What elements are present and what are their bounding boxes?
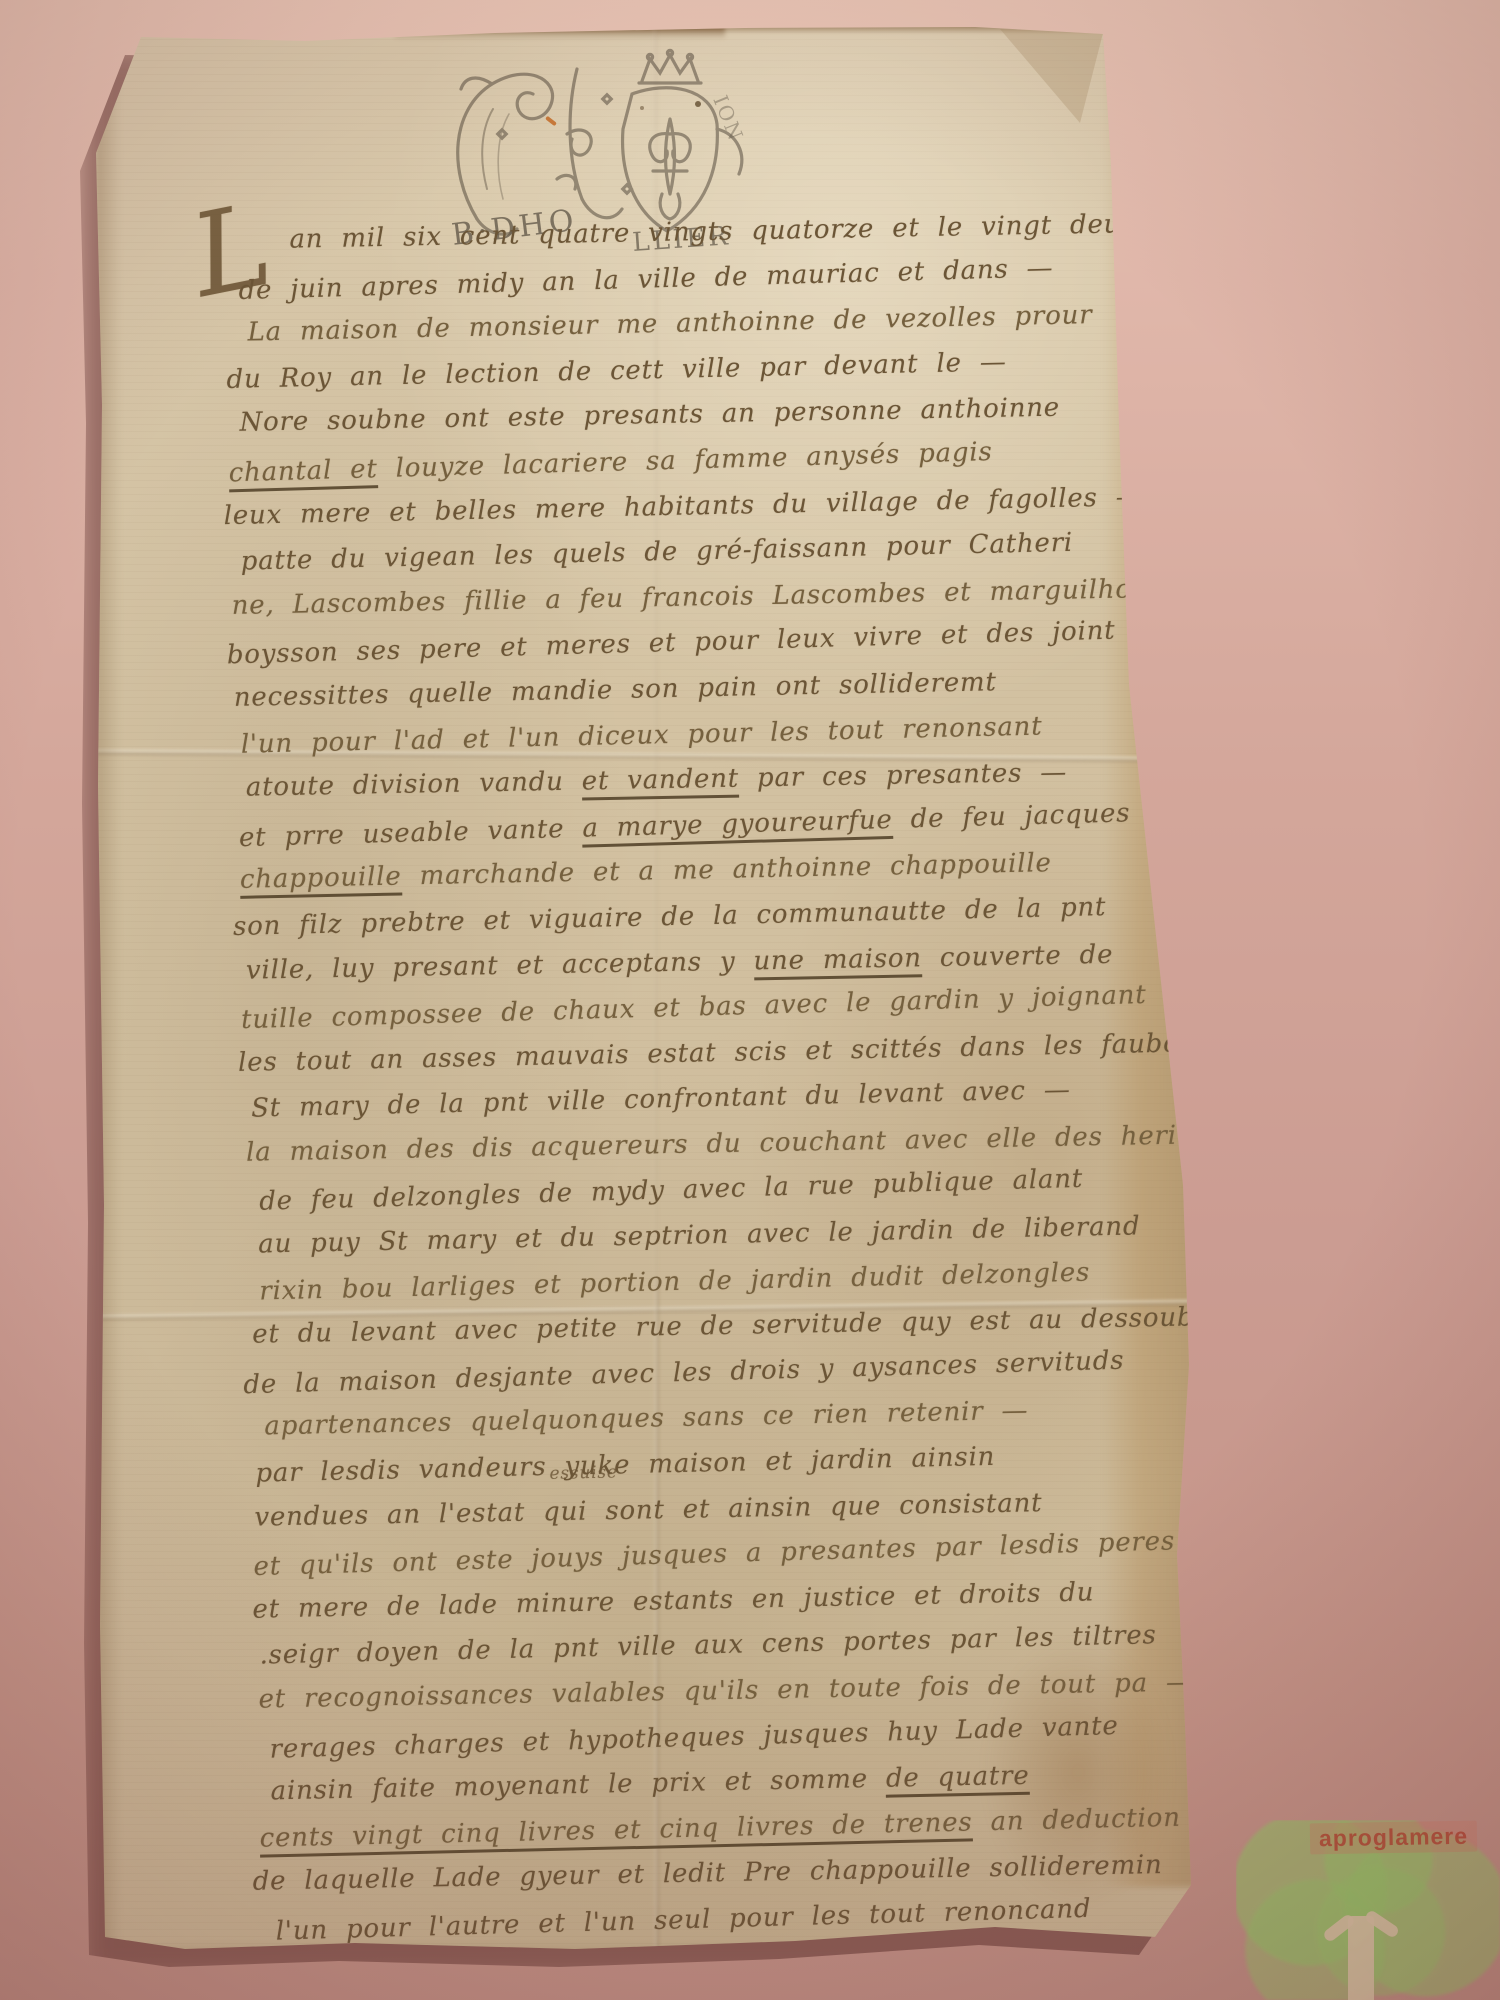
manuscript-text-block: L an mil six cent quatre vingts quatorze… [223,200,1174,1953]
underlined-phrase: et vandent [581,764,739,801]
photo-backdrop: B·DHO LLIER ION L an mil six cent quatre… [0,0,1500,2000]
manuscript-lines: an mil six cent quatre vingts quatorze e… [223,200,1174,1953]
watermark-label: aproglamere [1310,1821,1478,1855]
underlined-phrase: a marye gyoureurfue [582,805,893,848]
watermark: aproglamere [1236,1820,1500,2000]
manuscript-paper: B·DHO LLIER ION L an mil six cent quatre… [95,25,1195,1965]
watermark-tree-trunk-icon [1348,1916,1374,2000]
underlined-phrase: de quatre [886,1761,1030,1798]
underlined-phrase: chappouille [240,862,402,899]
underlined-phrase: une maison [753,943,922,980]
manuscript-interline-insertion: essuise [549,1464,618,1483]
paper-top-edge-dark-stain [395,25,725,39]
underlined-phrase: chantal et [228,454,378,492]
